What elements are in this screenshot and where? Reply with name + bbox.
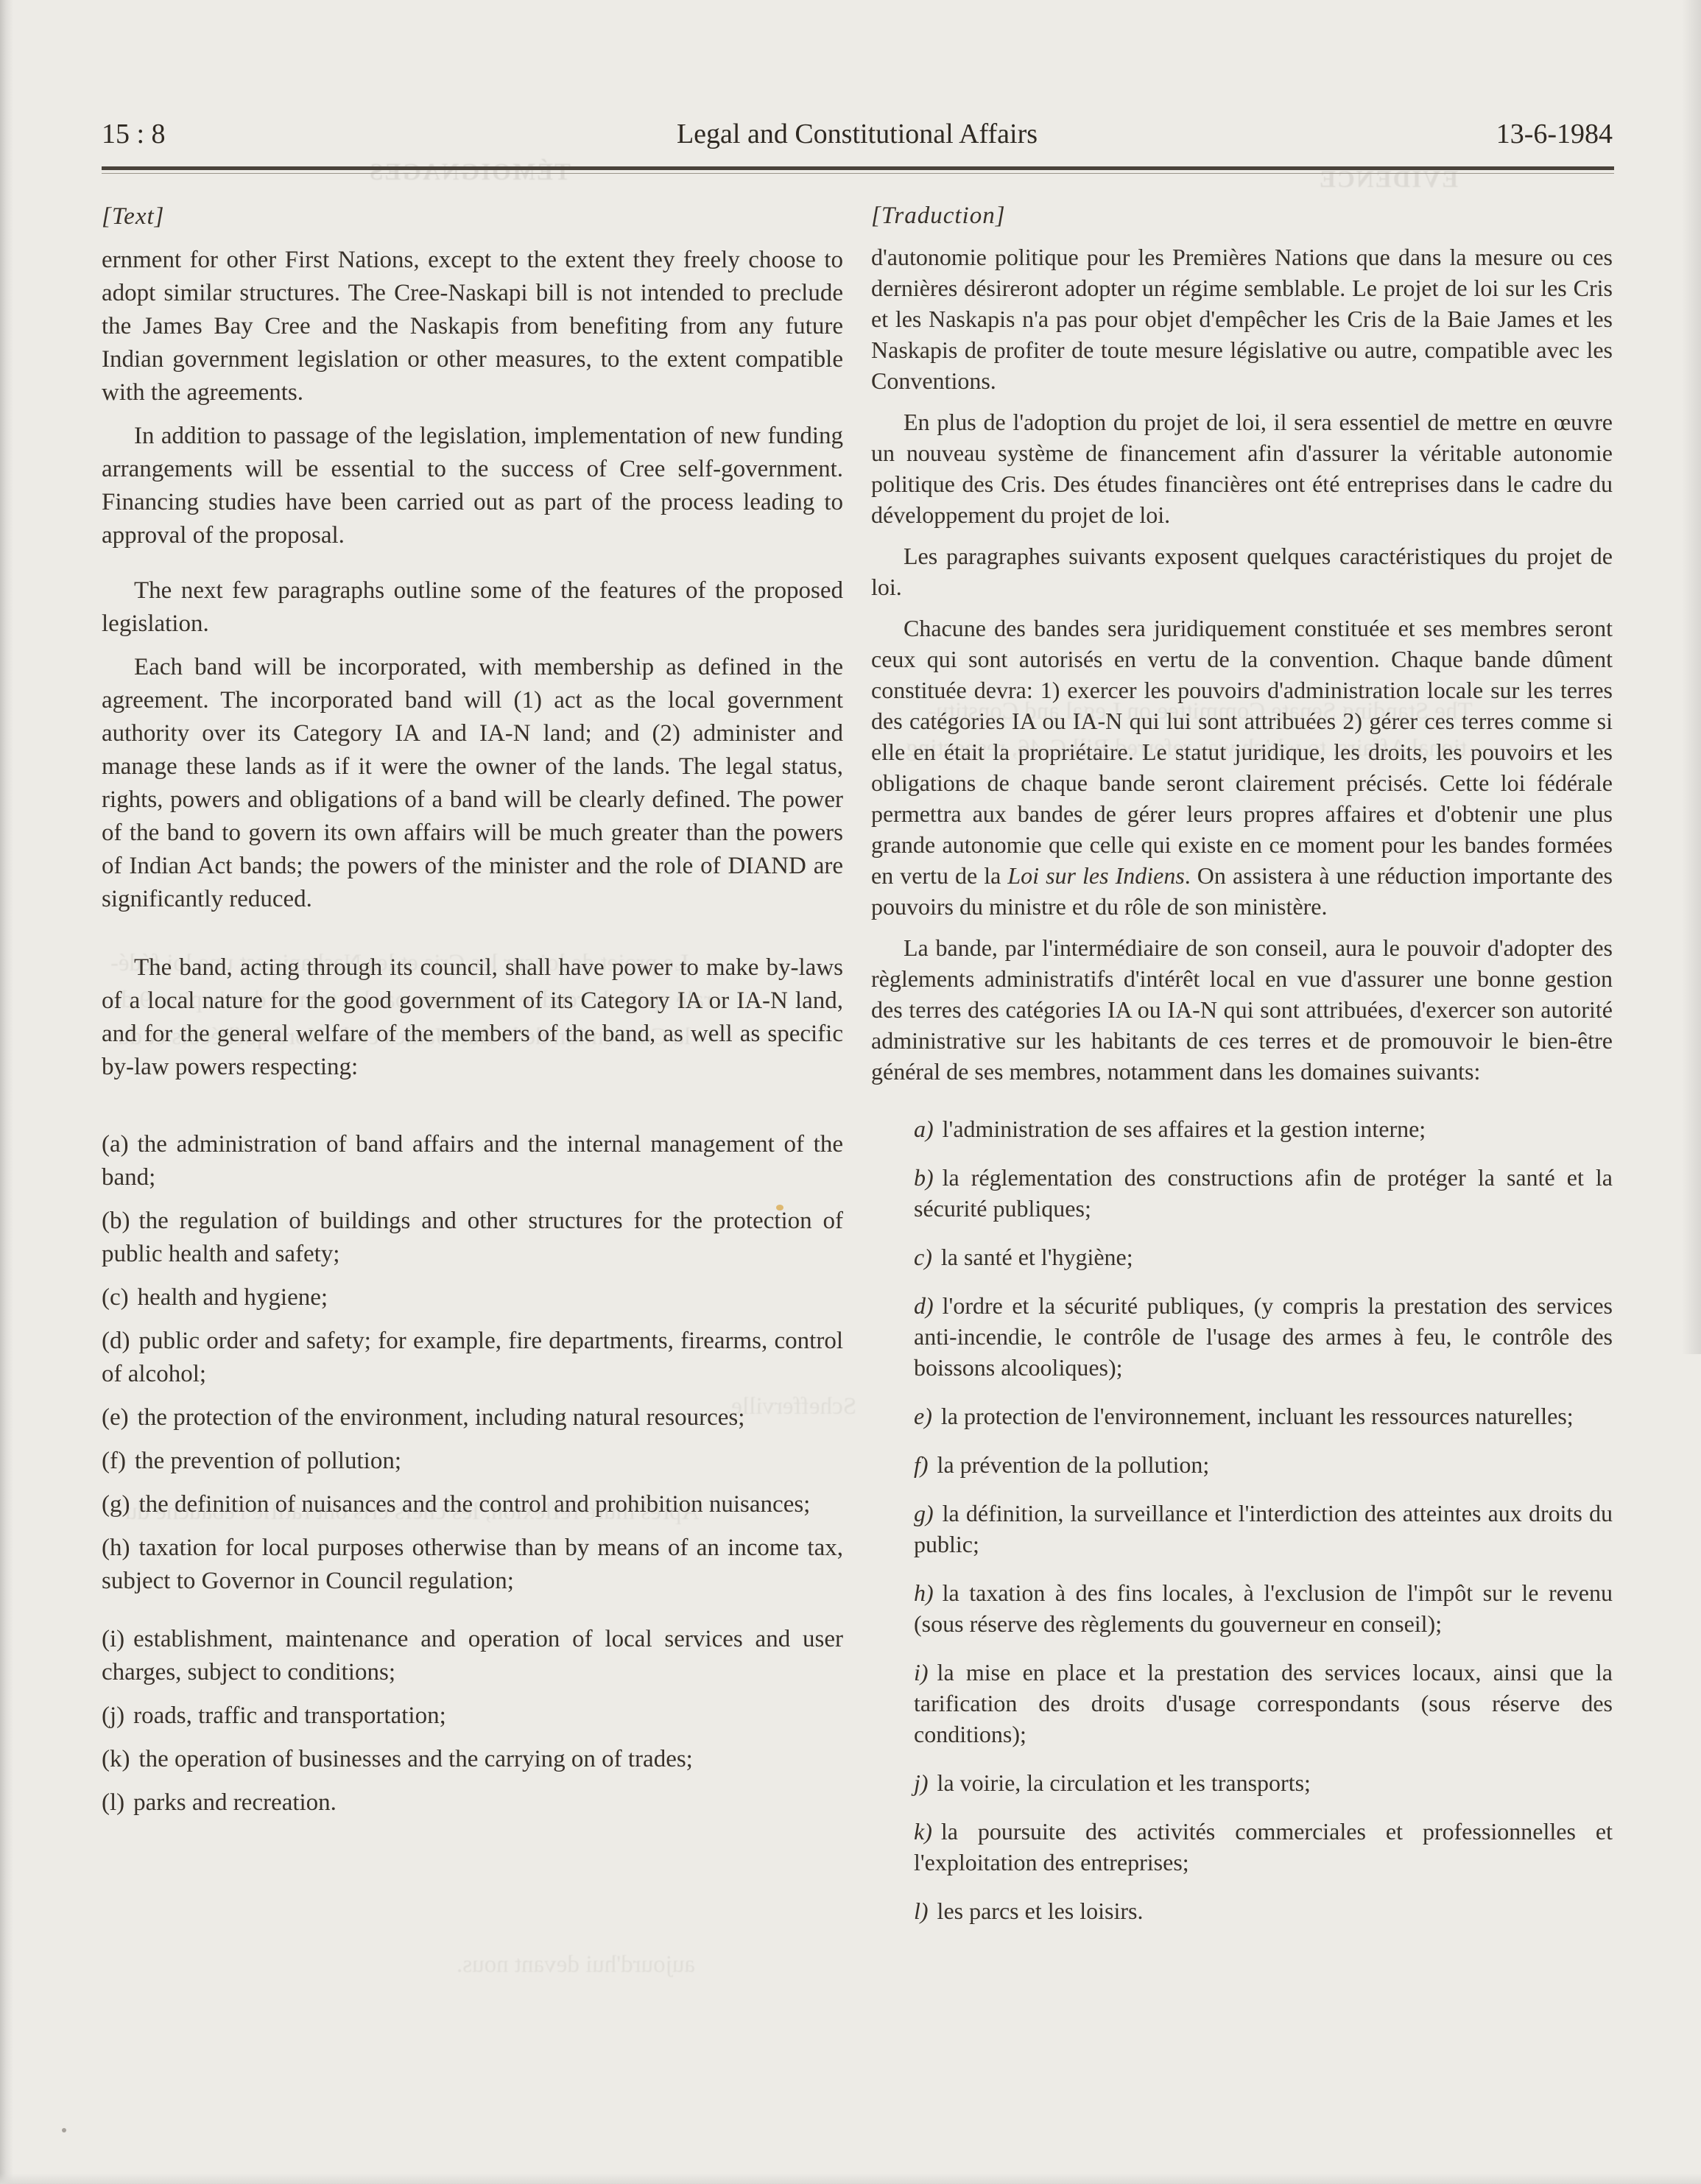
bylaw-item: (k)the operation of businesses and the c… xyxy=(102,1743,843,1776)
page-right-edge-shadow xyxy=(1682,0,1701,1354)
item-label: (h) xyxy=(102,1535,130,1561)
item-text: l'ordre et la sécurité publiques, (y com… xyxy=(914,1292,1613,1381)
bleed-through-text: aujourd'hui devant nous. xyxy=(457,1951,695,1979)
paragraph: En plus de l'adoption du projet de loi, … xyxy=(871,406,1613,530)
item-text: the regulation of buildings and other st… xyxy=(102,1208,843,1267)
item-label: (k) xyxy=(102,1746,130,1772)
item-text: roads, traffic and transportation; xyxy=(133,1702,446,1729)
item-label: e) xyxy=(914,1403,932,1429)
item-text: la réglementation des constructions afin… xyxy=(914,1164,1613,1222)
bylaw-item: (e)the protection of the environment, in… xyxy=(102,1401,843,1434)
item-text: the operation of businesses and the carr… xyxy=(138,1746,692,1772)
item-text: l'administration de ses affaires et la g… xyxy=(943,1116,1426,1142)
bylaw-item: (i)establishment, maintenance and operat… xyxy=(102,1623,843,1689)
bylaw-item: (j)roads, traffic and transportation; xyxy=(102,1699,843,1733)
bylaw-item: (c)health and hygiene; xyxy=(102,1281,843,1314)
item-text: parks and recreation. xyxy=(133,1789,337,1816)
traduction-tag: [Traduction] xyxy=(871,200,1613,231)
paragraph-text: Chacune des bandes sera juridiquement co… xyxy=(871,615,1613,889)
bylaw-item: f)la prévention de la pollution; xyxy=(914,1449,1613,1480)
act-title-italic: Loi sur les Indiens xyxy=(1007,862,1184,889)
scanned-document-page: TÉMOIGNAGES EVIDENCE Le projet de loi su… xyxy=(0,0,1701,2184)
bylaw-item: b)la réglementation des constructions af… xyxy=(914,1162,1613,1224)
english-column: [Text] ernment for other First Nations, … xyxy=(102,200,843,1944)
header-rule xyxy=(102,166,1614,174)
bylaw-item: h)la taxation à des fins locales, à l'ex… xyxy=(914,1577,1613,1639)
page-header: 15 : 8 Legal and Constitutional Affairs … xyxy=(102,118,1613,150)
item-text: the administration of band affairs and t… xyxy=(102,1131,843,1191)
bylaw-item: i)la mise en place et la prestation des … xyxy=(914,1657,1613,1750)
committee-title: Legal and Constitutional Affairs xyxy=(479,118,1235,150)
item-text: la définition, la surveillance et l'inte… xyxy=(914,1500,1613,1557)
paragraph: The band, acting through its council, sh… xyxy=(102,951,843,1084)
item-text: la poursuite des activités commerciales … xyxy=(914,1818,1613,1875)
item-label: (l) xyxy=(102,1789,124,1816)
item-label: (i) xyxy=(102,1626,124,1652)
two-column-body: [Text] ernment for other First Nations, … xyxy=(102,200,1613,1944)
item-label: (f) xyxy=(102,1448,126,1474)
item-label: a) xyxy=(914,1116,934,1142)
item-label: (b) xyxy=(102,1208,130,1234)
paragraph: d'autonomie politique pour les Premières… xyxy=(871,242,1613,396)
paragraph: The next few paragraphs outline some of … xyxy=(102,574,843,641)
item-label: (d) xyxy=(102,1328,130,1354)
scan-speck xyxy=(62,2128,66,2132)
bylaw-item: (f)the prevention of pollution; xyxy=(102,1445,843,1478)
item-text: establishment, maintenance and operation… xyxy=(102,1626,843,1685)
item-text: la mise en place et la prestation des se… xyxy=(914,1659,1613,1747)
item-label: (a) xyxy=(102,1131,129,1158)
item-label: (g) xyxy=(102,1491,130,1518)
bylaw-item: (g)the definition of nuisances and the c… xyxy=(102,1488,843,1521)
text-tag: [Text] xyxy=(102,200,843,233)
bylaw-item: a)l'administration de ses affaires et la… xyxy=(914,1113,1613,1144)
bylaw-item: (a)the administration of band affairs an… xyxy=(102,1128,843,1194)
page-number: 15 : 8 xyxy=(102,118,479,150)
item-label: f) xyxy=(914,1451,929,1478)
item-text: the definition of nuisances and the cont… xyxy=(138,1491,810,1518)
item-text: la santé et l'hygiène; xyxy=(941,1244,1133,1270)
item-text: la taxation à des fins locales, à l'excl… xyxy=(914,1579,1613,1637)
paragraph: In addition to passage of the legislatio… xyxy=(102,420,843,552)
bylaw-item: (d)public order and safety; for example,… xyxy=(102,1325,843,1391)
paragraph: ernment for other First Nations, except … xyxy=(102,244,843,409)
bylaw-item: j)la voirie, la circulation et les trans… xyxy=(914,1767,1613,1798)
item-label: i) xyxy=(914,1659,929,1685)
bylaw-item: d)l'ordre et la sécurité publiques, (y c… xyxy=(914,1290,1613,1383)
item-text: the prevention of pollution; xyxy=(135,1448,401,1474)
item-text: taxation for local purposes otherwise th… xyxy=(102,1535,843,1594)
item-label: k) xyxy=(914,1818,932,1845)
bylaw-item: k)la poursuite des activités commerciale… xyxy=(914,1816,1613,1878)
item-label: b) xyxy=(914,1164,934,1191)
item-label: (c) xyxy=(102,1284,129,1311)
item-label: l) xyxy=(914,1898,929,1924)
bylaw-item: g)la définition, la surveillance et l'in… xyxy=(914,1498,1613,1560)
bylaw-item: (h)taxation for local purposes otherwise… xyxy=(102,1532,843,1598)
item-label: g) xyxy=(914,1500,934,1526)
item-text: health and hygiene; xyxy=(138,1284,328,1311)
item-label: (e) xyxy=(102,1404,129,1431)
item-text: la protection de l'environnement, inclua… xyxy=(941,1403,1574,1429)
french-column: [Traduction] d'autonomie politique pour … xyxy=(871,200,1613,1944)
item-text: public order and safety; for example, fi… xyxy=(102,1328,843,1387)
item-text: the protection of the environment, inclu… xyxy=(138,1404,745,1431)
item-label: c) xyxy=(914,1244,932,1270)
page-bottom-edge-shadow xyxy=(0,2174,1701,2184)
paragraph: Each band will be incorporated, with mem… xyxy=(102,651,843,916)
bylaw-item: (l)parks and recreation. xyxy=(102,1786,843,1820)
item-label: j) xyxy=(914,1769,929,1796)
item-text: la prévention de la pollution; xyxy=(937,1451,1210,1478)
issue-date: 13-6-1984 xyxy=(1235,118,1613,150)
item-label: d) xyxy=(914,1292,934,1319)
item-text: la voirie, la circulation et les transpo… xyxy=(937,1769,1311,1796)
paragraph: Chacune des bandes sera juridiquement co… xyxy=(871,613,1613,922)
item-label: h) xyxy=(914,1579,934,1606)
paragraph: Les paragraphes suivants exposent quelqu… xyxy=(871,540,1613,602)
item-text: les parcs et les loisirs. xyxy=(937,1898,1144,1924)
bylaw-item: e)la protection de l'environnement, incl… xyxy=(914,1401,1613,1431)
bylaw-item: c)la santé et l'hygiène; xyxy=(914,1241,1613,1272)
page-left-edge-shadow xyxy=(0,0,13,2184)
item-label: (j) xyxy=(102,1702,124,1729)
bylaw-item: (b)the regulation of buildings and other… xyxy=(102,1205,843,1271)
paragraph: La bande, par l'intermédiaire de son con… xyxy=(871,932,1613,1087)
bylaw-item: l)les parcs et les loisirs. xyxy=(914,1895,1613,1926)
